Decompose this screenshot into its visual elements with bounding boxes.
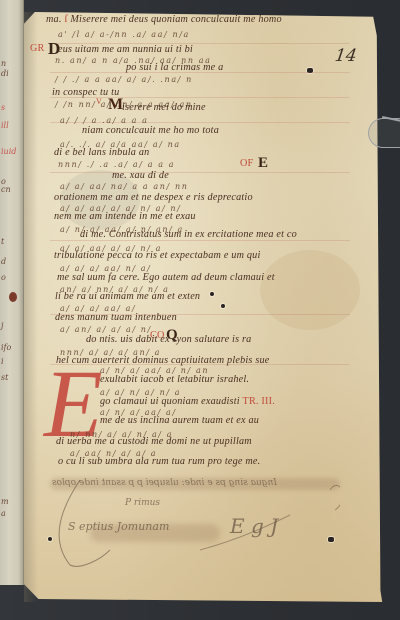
initial-e: E bbox=[258, 155, 268, 172]
neume-line: a/ / / a .a/ a a a bbox=[60, 116, 149, 125]
rubric-tract: TR. III. bbox=[243, 396, 275, 407]
left-page-fragment: ill bbox=[1, 122, 9, 130]
left-page-fragment: o bbox=[1, 274, 6, 282]
rubric-versus: V bbox=[96, 97, 102, 106]
chant-text: me de us inclina aurem tuam et ex au bbox=[100, 415, 259, 426]
folio-number: 14 bbox=[334, 46, 358, 66]
left-page-fragment: a bbox=[1, 510, 6, 518]
chant-text: Miserere mei deus quoniam conculcauit me… bbox=[70, 14, 281, 25]
left-page-fragment: d bbox=[1, 258, 6, 266]
chant-text: li be ra ui animam me am et exten bbox=[55, 291, 200, 302]
left-page-fragment: ifo bbox=[1, 344, 11, 352]
chant-text: di e bel lans inbula an bbox=[54, 147, 149, 158]
ruling-line bbox=[50, 240, 350, 241]
chant-text: o cu li sub umbra ala rum tua rum pro te… bbox=[58, 456, 260, 467]
chant-line: GR bbox=[30, 43, 45, 54]
chant-text: go clamaui ui quoniam exaudisti bbox=[100, 396, 240, 407]
chant-text: iserere mei do mine bbox=[122, 102, 206, 113]
chant-text: do ntis. uis dabit ex syon salutare is r… bbox=[86, 334, 251, 345]
pen-flourish-icon bbox=[40, 470, 340, 580]
chant-text: dens manum tuam intenbuen bbox=[55, 312, 177, 323]
chant-text: di me. Contristatus sum in ex ercitation… bbox=[80, 229, 297, 240]
ruling-line bbox=[50, 172, 350, 173]
ink-dot bbox=[210, 292, 214, 296]
rubric: ma. bbox=[46, 14, 62, 25]
pen-trials: P rimus S eptius Jomunam E g J bbox=[40, 470, 340, 580]
chant-text: orationem me am et ne despex e ris depre… bbox=[54, 192, 253, 203]
chant-text: di uerba me a custodi me domi ne ut pupi… bbox=[56, 436, 252, 447]
left-page-fragment: j bbox=[1, 322, 3, 330]
rubric-offertory: OF bbox=[240, 158, 253, 169]
left-page-fragment: m bbox=[1, 498, 9, 506]
left-page-fragment: i bbox=[1, 358, 4, 366]
left-facing-page: n di s ill iuid o cn t d o j ifo i st m … bbox=[0, 0, 24, 585]
chant-text: po sui i la crimas me a bbox=[126, 62, 223, 73]
neume-line: nnn/ ./ .a .a/ a/ a a a bbox=[58, 160, 175, 169]
ink-stain bbox=[9, 292, 17, 302]
rubric-gr: GR bbox=[30, 43, 45, 54]
initial-m: M bbox=[108, 96, 123, 114]
left-page-fragment: n bbox=[1, 60, 6, 68]
left-page-fragment: s bbox=[1, 104, 5, 112]
neume-line: a/ an/ a/ a/ a/ n/ bbox=[60, 325, 152, 334]
ink-dot bbox=[221, 304, 225, 308]
gutter-shadow bbox=[24, 12, 38, 602]
chant-text: nem me am intende in me et exau bbox=[54, 211, 196, 222]
chant-text: me sal uum fa cere. Ego autem ad deum cl… bbox=[57, 272, 275, 283]
left-page-fragment: iuid bbox=[1, 148, 16, 156]
water-stain bbox=[260, 250, 360, 330]
chant-text: niam conculcauit me ho mo tota bbox=[82, 125, 219, 136]
left-page-fragment: t bbox=[1, 238, 4, 246]
chant-text: eus uitam me am nunnia ui ti bi bbox=[58, 44, 193, 55]
neume-line: / / ./ a a aa/ a/ a/. .na/ n bbox=[55, 75, 193, 84]
chant-text: tribulatione pecca to ris et expectabam … bbox=[54, 250, 261, 261]
left-page-fragment: cn bbox=[1, 186, 11, 194]
chant-line: ma. ſ Miserere mei deus quoniam conculca… bbox=[46, 13, 282, 25]
chant-text: exultabit iacob et letabitur israhel. bbox=[100, 374, 249, 385]
page-clip bbox=[368, 118, 400, 148]
chant-text: me. xau di de bbox=[112, 170, 169, 181]
neume-line: a/ a/ aa/ na/ a a an/ nn bbox=[60, 182, 188, 191]
left-page-fragment: di bbox=[1, 70, 9, 78]
neume-line: a' /l a/ a-/nn .a/ aa/ n/a bbox=[58, 30, 190, 39]
left-page-fragment: st bbox=[1, 374, 8, 382]
